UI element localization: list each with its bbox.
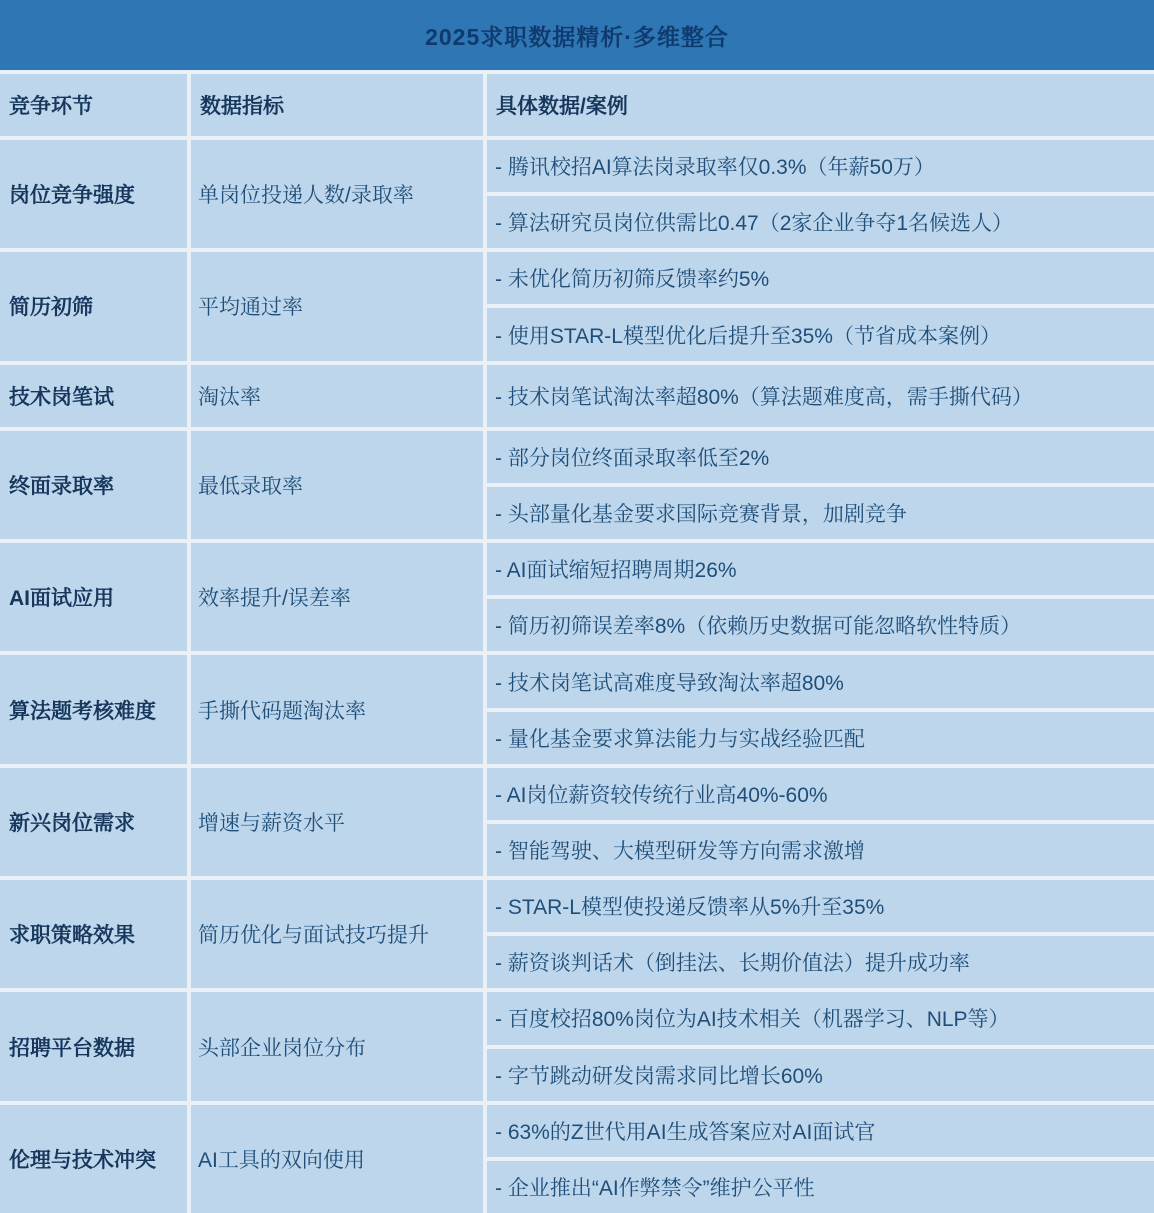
column-header-indicator: 数据指标 bbox=[191, 74, 483, 136]
table-row: AI面试应用 效率提升/误差率 - AI面试缩短招聘周期26%- 简历初筛误差率… bbox=[0, 543, 1154, 651]
stage-cell: 简历初筛 bbox=[0, 252, 187, 360]
indicator-cell: 增速与薪资水平 bbox=[191, 768, 483, 876]
indicator-cell: 简历优化与面试技巧提升 bbox=[191, 880, 483, 988]
table-row: 技术岗笔试 淘汰率 - 技术岗笔试淘汰率超80%（算法题难度高，需手撕代码） bbox=[0, 365, 1154, 427]
data-item: - 腾讯校招AI算法岗录取率仅0.3%（年薪50万） bbox=[487, 140, 1154, 192]
stage-cell: AI面试应用 bbox=[0, 543, 187, 651]
job-data-table: 2025求职数据精析·多维整合 竞争环节 数据指标 具体数据/案例 岗位竞争强度… bbox=[0, 0, 1154, 1213]
indicator-cell: 效率提升/误差率 bbox=[191, 543, 483, 651]
items-cell: - STAR-L模型使投递反馈率从5%升至35%- 薪资谈判话术（倒挂法、长期价… bbox=[487, 880, 1154, 988]
items-cell: - 百度校招80%岗位为AI技术相关（机器学习、NLP等）- 字节跳动研发岗需求… bbox=[487, 992, 1154, 1100]
data-item: - 字节跳动研发岗需求同比增长60% bbox=[487, 1049, 1154, 1101]
data-item: - 部分岗位终面录取率低至2% bbox=[487, 431, 1154, 483]
indicator-cell: 最低录取率 bbox=[191, 431, 483, 539]
data-item: - 63%的Z世代用AI生成答案应对AI面试官 bbox=[487, 1105, 1154, 1157]
stage-cell: 新兴岗位需求 bbox=[0, 768, 187, 876]
items-cell: - 63%的Z世代用AI生成答案应对AI面试官- 企业推出“AI作弊禁令”维护公… bbox=[487, 1105, 1154, 1213]
items-cell: - 未优化简历初筛反馈率约5%- 使用STAR-L模型优化后提升至35%（节省成… bbox=[487, 252, 1154, 360]
data-item: - 企业推出“AI作弊禁令”维护公平性 bbox=[487, 1161, 1154, 1213]
stage-cell: 终面录取率 bbox=[0, 431, 187, 539]
items-cell: - AI岗位薪资较传统行业高40%-60%- 智能驾驶、大模型研发等方向需求激增 bbox=[487, 768, 1154, 876]
stage-cell: 招聘平台数据 bbox=[0, 992, 187, 1100]
stage-cell: 算法题考核难度 bbox=[0, 655, 187, 763]
data-item: - 技术岗笔试高难度导致淘汰率超80% bbox=[487, 655, 1154, 707]
stage-cell: 伦理与技术冲突 bbox=[0, 1105, 187, 1213]
table-row: 求职策略效果 简历优化与面试技巧提升 - STAR-L模型使投递反馈率从5%升至… bbox=[0, 880, 1154, 988]
data-item: - AI岗位薪资较传统行业高40%-60% bbox=[487, 768, 1154, 820]
table-row: 伦理与技术冲突 AI工具的双向使用 - 63%的Z世代用AI生成答案应对AI面试… bbox=[0, 1105, 1154, 1213]
data-item: - STAR-L模型使投递反馈率从5%升至35% bbox=[487, 880, 1154, 932]
indicator-cell: AI工具的双向使用 bbox=[191, 1105, 483, 1213]
data-item: - AI面试缩短招聘周期26% bbox=[487, 543, 1154, 595]
indicator-cell: 平均通过率 bbox=[191, 252, 483, 360]
stage-cell: 岗位竞争强度 bbox=[0, 140, 187, 248]
table-row: 岗位竞争强度 单岗位投递人数/录取率 - 腾讯校招AI算法岗录取率仅0.3%（年… bbox=[0, 140, 1154, 248]
page-title: 2025求职数据精析·多维整合 bbox=[0, 0, 1154, 70]
items-cell: - AI面试缩短招聘周期26%- 简历初筛误差率8%（依赖历史数据可能忽略软性特… bbox=[487, 543, 1154, 651]
indicator-cell: 单岗位投递人数/录取率 bbox=[191, 140, 483, 248]
table-body: 岗位竞争强度 单岗位投递人数/录取率 - 腾讯校招AI算法岗录取率仅0.3%（年… bbox=[0, 140, 1154, 1213]
data-item: - 头部量化基金要求国际竞赛背景，加剧竞争 bbox=[487, 487, 1154, 539]
data-item: - 简历初筛误差率8%（依赖历史数据可能忽略软性特质） bbox=[487, 599, 1154, 651]
stage-cell: 技术岗笔试 bbox=[0, 365, 187, 427]
data-item: - 算法研究员岗位供需比0.47（2家企业争夺1名候选人） bbox=[487, 196, 1154, 248]
table-row: 新兴岗位需求 增速与薪资水平 - AI岗位薪资较传统行业高40%-60%- 智能… bbox=[0, 768, 1154, 876]
data-item: - 薪资谈判话术（倒挂法、长期价值法）提升成功率 bbox=[487, 936, 1154, 988]
table-row: 简历初筛 平均通过率 - 未优化简历初筛反馈率约5%- 使用STAR-L模型优化… bbox=[0, 252, 1154, 360]
column-header-stage: 竞争环节 bbox=[0, 74, 187, 136]
indicator-cell: 头部企业岗位分布 bbox=[191, 992, 483, 1100]
data-item: - 使用STAR-L模型优化后提升至35%（节省成本案例） bbox=[487, 308, 1154, 360]
data-item: - 量化基金要求算法能力与实战经验匹配 bbox=[487, 712, 1154, 764]
data-item: - 未优化简历初筛反馈率约5% bbox=[487, 252, 1154, 304]
items-cell: - 腾讯校招AI算法岗录取率仅0.3%（年薪50万）- 算法研究员岗位供需比0.… bbox=[487, 140, 1154, 248]
indicator-cell: 手撕代码题淘汰率 bbox=[191, 655, 483, 763]
items-cell: - 技术岗笔试高难度导致淘汰率超80%- 量化基金要求算法能力与实战经验匹配 bbox=[487, 655, 1154, 763]
items-cell: - 技术岗笔试淘汰率超80%（算法题难度高，需手撕代码） bbox=[487, 365, 1154, 427]
table-row: 招聘平台数据 头部企业岗位分布 - 百度校招80%岗位为AI技术相关（机器学习、… bbox=[0, 992, 1154, 1100]
stage-cell: 求职策略效果 bbox=[0, 880, 187, 988]
table-header-row: 竞争环节 数据指标 具体数据/案例 bbox=[0, 74, 1154, 136]
table-row: 终面录取率 最低录取率 - 部分岗位终面录取率低至2%- 头部量化基金要求国际竞… bbox=[0, 431, 1154, 539]
table-row: 算法题考核难度 手撕代码题淘汰率 - 技术岗笔试高难度导致淘汰率超80%- 量化… bbox=[0, 655, 1154, 763]
data-item: - 百度校招80%岗位为AI技术相关（机器学习、NLP等） bbox=[487, 992, 1154, 1044]
indicator-cell: 淘汰率 bbox=[191, 365, 483, 427]
data-item: - 技术岗笔试淘汰率超80%（算法题难度高，需手撕代码） bbox=[487, 365, 1154, 427]
items-cell: - 部分岗位终面录取率低至2%- 头部量化基金要求国际竞赛背景，加剧竞争 bbox=[487, 431, 1154, 539]
data-item: - 智能驾驶、大模型研发等方向需求激增 bbox=[487, 824, 1154, 876]
column-header-data: 具体数据/案例 bbox=[487, 74, 1154, 136]
